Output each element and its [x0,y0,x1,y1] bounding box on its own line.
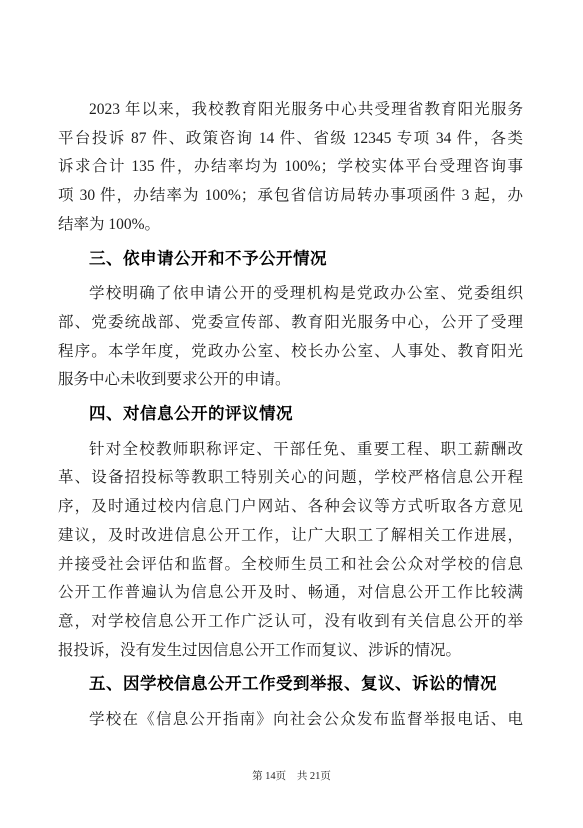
body-paragraph-4: 学校在《信息公开指南》向社会公众发布监督举报电话、电 [58,706,523,735]
paragraph-line: 服务中心未收到要求公开的申请。 [58,366,523,395]
paragraph-line: 并接受社会评估和监督。全校师生员工和社会公众对学校的信息 [58,551,523,580]
paragraph-line: 学校明确了依申请公开的受理机构是党政办公室、党委组织 [58,280,523,309]
body-paragraph-2: 学校明确了依申请公开的受理机构是党政办公室、党委组织 部、党委统战部、党委宣传部… [58,280,523,395]
footer-page-number: 第 14页 [252,768,286,783]
paragraph-line: 程序。本学年度，党政办公室、校长办公室、人事处、教育阳光 [58,338,523,367]
paragraph-line: 结率为 100%。 [58,211,523,240]
paragraph-line: 公开工作普遍认为信息公开及时、畅通，对信息公开工作比较满 [58,579,523,608]
section-heading-5: 五、因学校信息公开工作受到举报、复议、诉讼的情况 [58,670,523,699]
footer-page-total: 共 21页 [297,768,331,783]
paragraph-line: 诉求合计 135 件，办结率均为 100%；学校实体平台受理咨询事 [58,153,523,182]
paragraph-line: 意，对学校信息公开工作广泛认可，没有收到有关信息公开的举 [58,608,523,637]
document-content: 2023 年以来，我校教育阳光服务中心共受理省教育阳光服务 平台投诉 87 件、… [58,96,523,735]
section-heading-3: 三、依申请公开和不予公开情况 [58,245,523,274]
paragraph-line: 报投诉，没有发生过因信息公开工作而复议、涉诉的情况。 [58,637,523,666]
body-paragraph-3: 针对全校教师职称评定、干部任免、重要工程、职工薪酬改 革、设备招投标等教职工特别… [58,436,523,666]
paragraph-line: 部、党委统战部、党委宣传部、教育阳光服务中心，公开了受理 [58,309,523,338]
paragraph-line: 建议，及时改进信息公开工作，让广大职工了解相关工作进展， [58,522,523,551]
paragraph-line: 2023 年以来，我校教育阳光服务中心共受理省教育阳光服务 [58,96,523,125]
document-page: 2023 年以来，我校教育阳光服务中心共受理省教育阳光服务 平台投诉 87 件、… [0,0,583,828]
body-paragraph-1: 2023 年以来，我校教育阳光服务中心共受理省教育阳光服务 平台投诉 87 件、… [58,96,523,240]
paragraph-line: 平台投诉 87 件、政策咨询 14 件、省级 12345 专项 34 件，各类 [58,125,523,154]
paragraph-line: 针对全校教师职称评定、干部任免、重要工程、职工薪酬改 [58,436,523,465]
paragraph-line: 项 30 件，办结率为 100%；承包省信访局转办事项函件 3 起，办 [58,182,523,211]
paragraph-line: 序，及时通过校内信息门户网站、各种会议等方式听取各方意见 [58,493,523,522]
page-footer: 第 14页 共 21页 [0,768,583,783]
paragraph-line: 学校在《信息公开指南》向社会公众发布监督举报电话、电 [58,706,523,735]
paragraph-line: 革、设备招投标等教职工特别关心的问题，学校严格信息公开程 [58,464,523,493]
section-heading-4: 四、对信息公开的评议情况 [58,400,523,429]
